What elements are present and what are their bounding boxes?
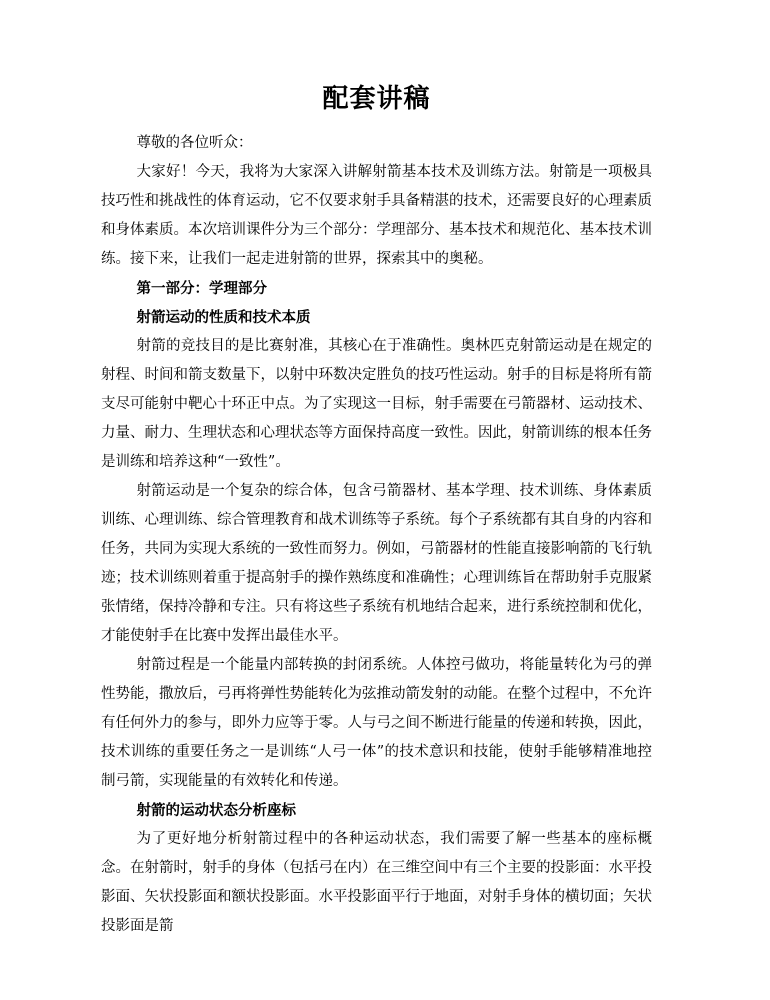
paragraph-energy-conversion: 射箭过程是一个能量内部转换的封闭系统。人体控弓做功，将能量转化为弓的弹性势能，撒…	[101, 651, 652, 796]
document-page: 配套讲稿 尊敬的各位听众： 大家好！今天，我将为大家深入讲解射箭基本技术及训练方…	[0, 0, 770, 1000]
document-title: 配套讲稿	[101, 84, 652, 115]
paragraph-competition-goal: 射箭的竞技目的是比赛射准，其核心在于准确性。奥林匹克射箭运动是在规定的射程、时间…	[101, 332, 652, 477]
section-heading-part-one: 第一部分：学理部分	[101, 274, 652, 303]
intro-paragraph: 大家好！今天，我将为大家深入讲解射箭基本技术及训练方法。射箭是一项极具技巧性和挑…	[101, 158, 652, 274]
paragraph-coordinate-concepts: 为了更好地分析射箭过程中的各种运动状态，我们需要了解一些基本的座标概念。在射箭时…	[101, 825, 652, 941]
subsection-heading-motion-analysis: 射箭的运动状态分析座标	[101, 796, 652, 825]
document-body: 尊敬的各位听众： 大家好！今天，我将为大家深入讲解射箭基本技术及训练方法。射箭是…	[101, 129, 652, 941]
salutation-paragraph: 尊敬的各位听众：	[101, 129, 652, 158]
paragraph-complex-system: 射箭运动是一个复杂的综合体，包含弓箭器材、基本学理、技术训练、身体素质训练、心理…	[101, 477, 652, 651]
subsection-heading-nature-essence: 射箭运动的性质和技术本质	[101, 303, 652, 332]
